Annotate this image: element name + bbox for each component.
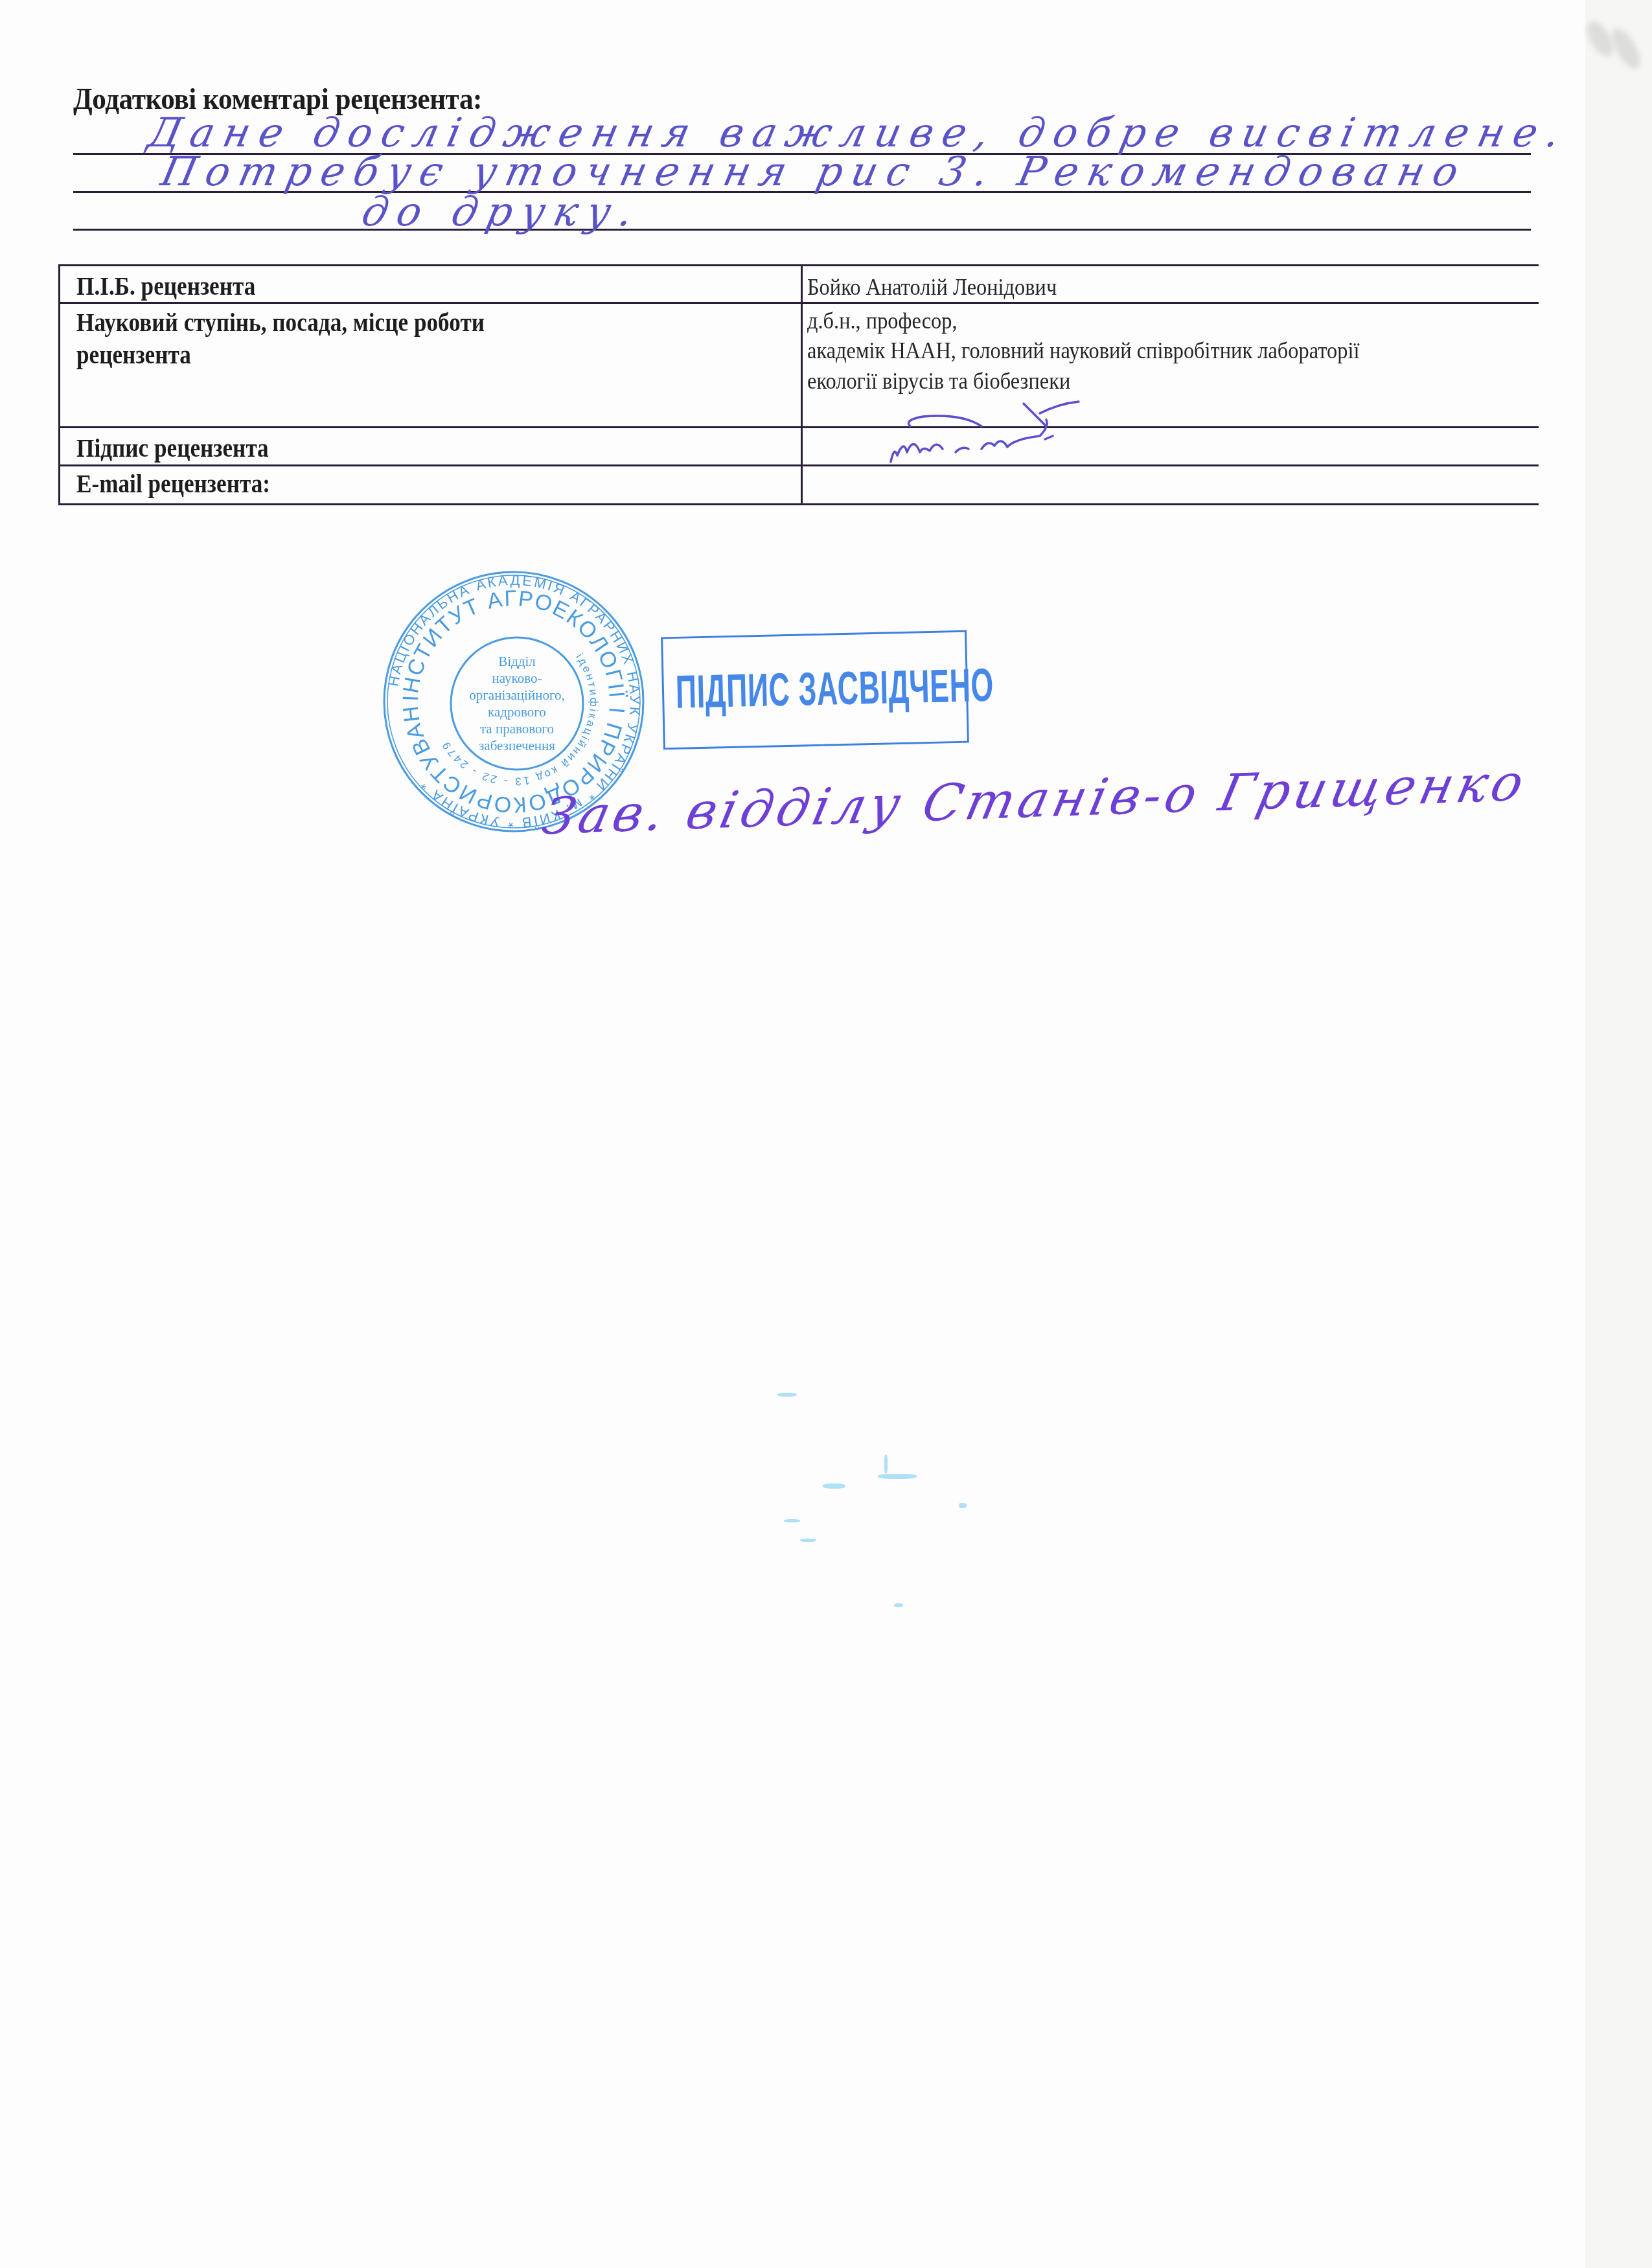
table-row-signature: Підпис рецензента [58, 426, 1539, 466]
svg-text:забезпечення: забезпечення [479, 738, 555, 753]
svg-text:та правового: та правового [480, 721, 554, 737]
ink-speck [784, 1519, 800, 1522]
label-degree-line-1: Науковий ступінь, посада, місце роботи [76, 306, 485, 339]
certified-stamp: ПІДПИС ЗАСВІДЧЕНО [661, 630, 969, 750]
value-degree-line-1: д.б.н., професор, [807, 305, 958, 337]
label-degree-line-2: рецензента [76, 339, 191, 371]
svg-text:організаційного,: організаційного, [469, 687, 565, 703]
svg-text:науково-: науково- [492, 670, 542, 686]
ink-speck [823, 1483, 845, 1489]
table-row-email: E-mail рецензента: [58, 464, 1539, 505]
label-signature: Підпис рецензента [76, 432, 269, 464]
value-degree-line-3: екології вірусів та біобезпеки [807, 365, 1070, 397]
table-row-name: П.І.Б. рецензента Бойко Анатолій Леонідо… [58, 264, 1539, 304]
ink-speck [777, 1393, 797, 1397]
comment-line-3: до друку. [358, 188, 647, 235]
comment-rule-3 [73, 229, 1531, 231]
label-email: E-mail рецензента: [76, 468, 270, 500]
table-row-degree: Науковий ступінь, посада, місце роботи р… [58, 302, 1539, 428]
ink-speck [884, 1454, 888, 1474]
ink-speck [878, 1474, 917, 1479]
value-degree-line-2: академік НААН, головний науковий співроб… [807, 335, 1359, 367]
table-border-bottom [58, 503, 1539, 505]
label-name: П.І.Б. рецензента [76, 270, 255, 303]
svg-text:кадрового: кадрового [488, 704, 546, 720]
ink-speck [894, 1603, 903, 1607]
certified-stamp-text: ПІДПИС ЗАСВІДЧЕНО [675, 659, 994, 719]
reviewer-signature-icon [884, 400, 1085, 465]
ink-speck [959, 1503, 967, 1508]
ink-speck [800, 1539, 816, 1542]
certifier-signature: Зав. відділу Станів-о Грищенко [537, 754, 1532, 846]
svg-text:Відділ: Відділ [498, 654, 536, 669]
value-name: Бойко Анатолій Леонідович [807, 271, 1057, 303]
scan-edge-shadow [1585, 0, 1652, 2268]
comment-line-2: Потребує уточнення рис 3. Рекомендовано [157, 148, 1471, 195]
